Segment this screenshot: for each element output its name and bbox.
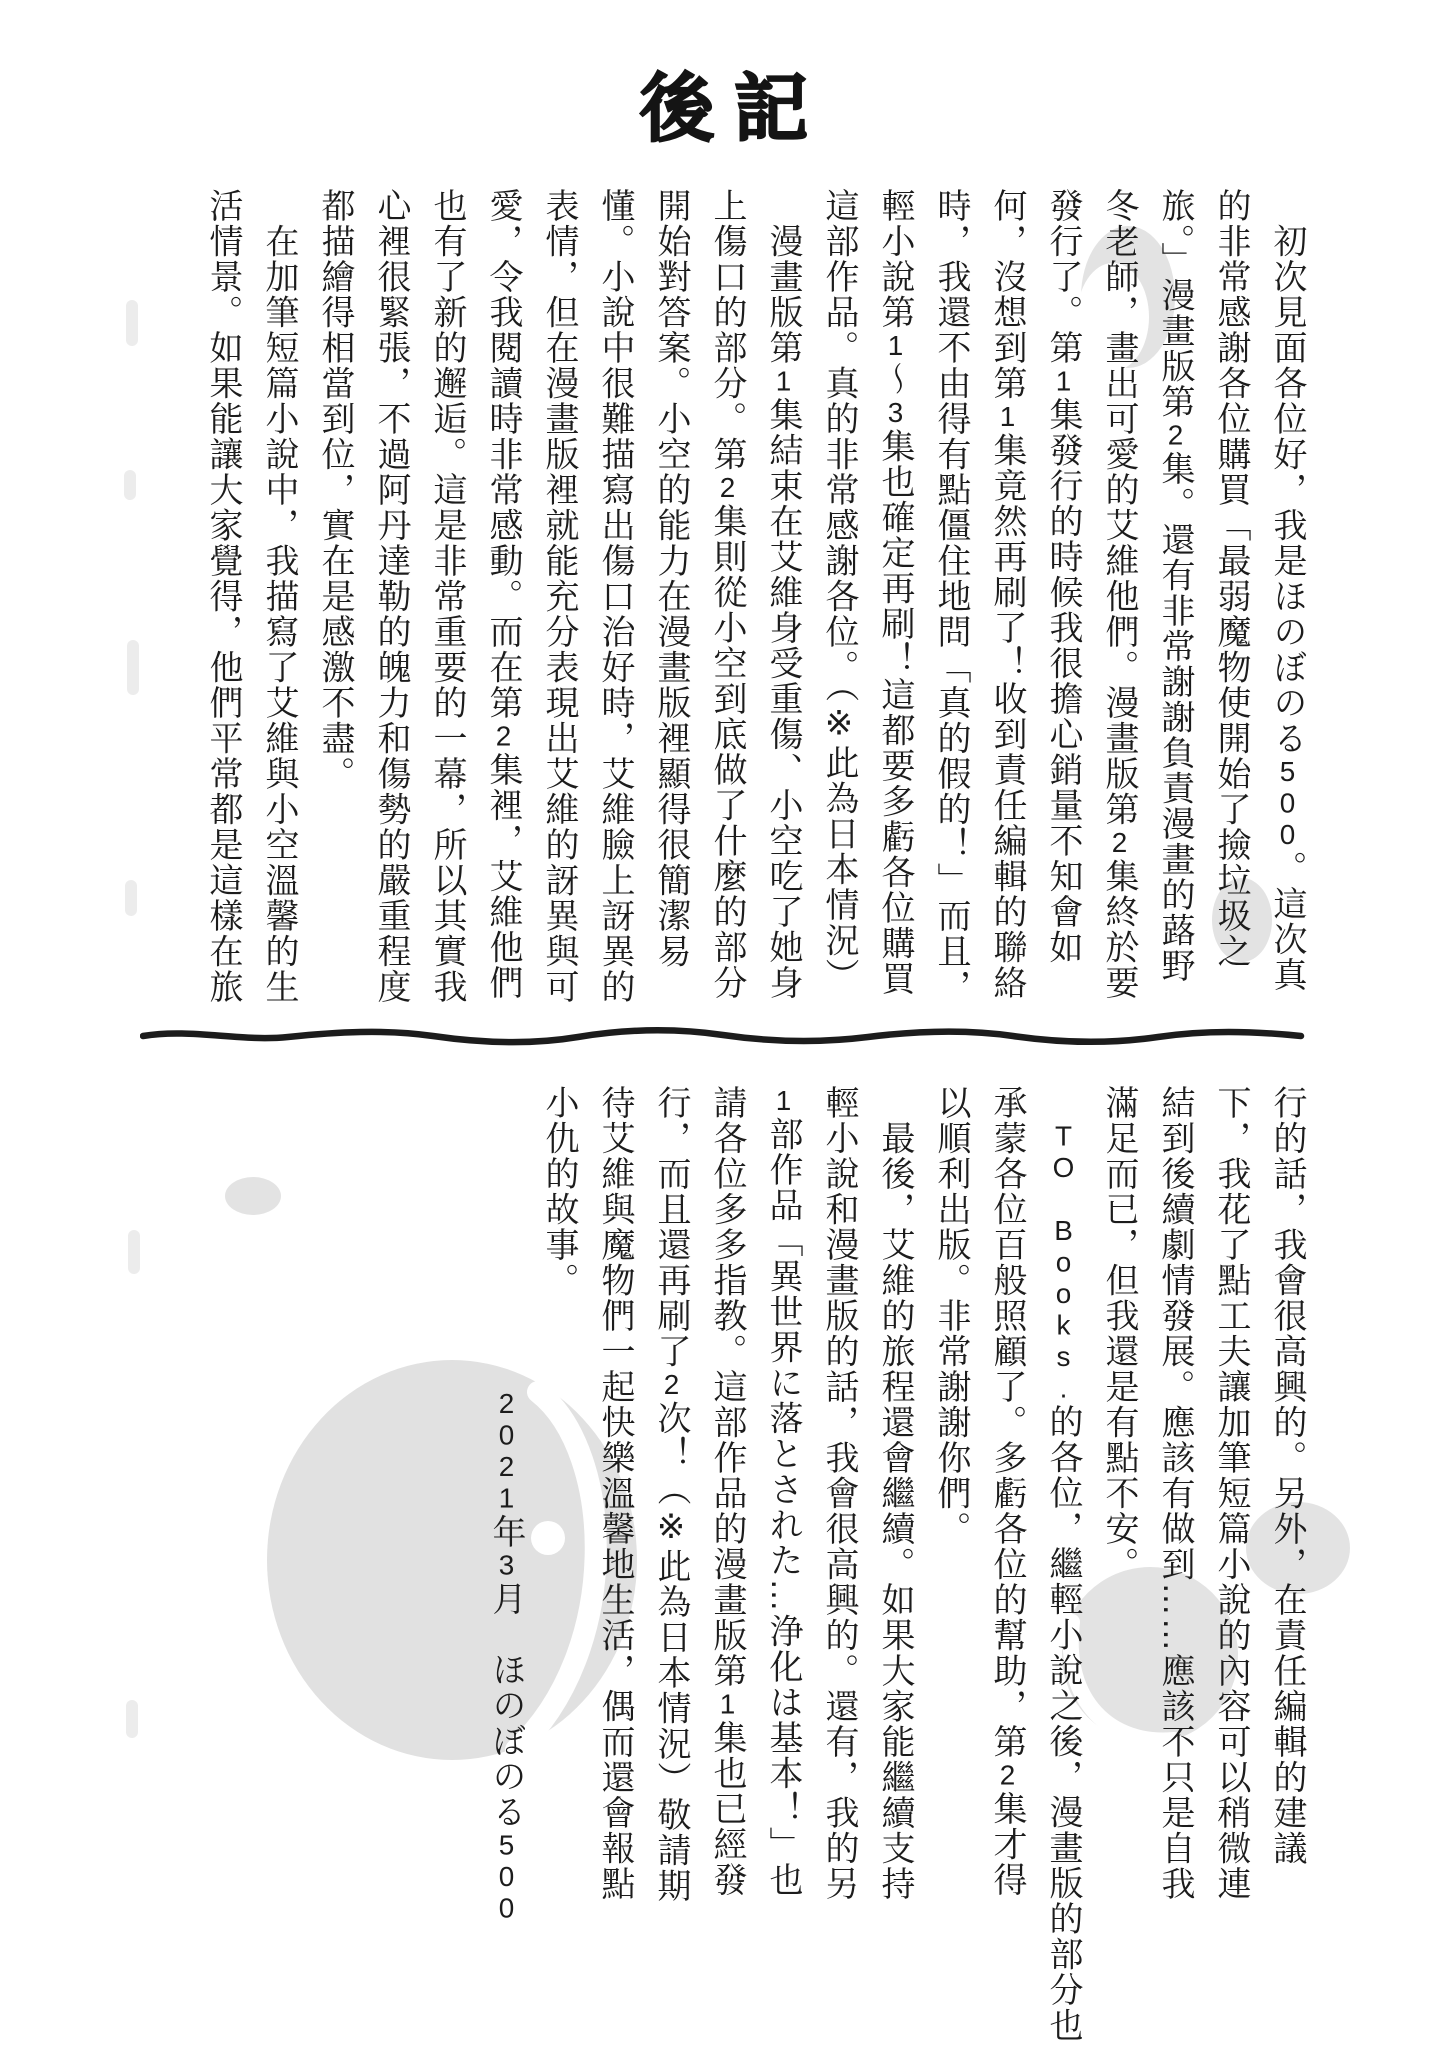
text-column: 1部作品「異世界に落とされた…浄化は基本！」也: [755, 1085, 811, 1915]
text-column: 行的話，我會很高興的。另外，在責任編輯的建議: [1259, 1085, 1315, 1915]
text-column: 最後，艾維的旅程還會繼續。如果大家能繼續支持: [867, 1085, 923, 1915]
text-column: 下，我花了點工夫讓加筆短篇小說的內容可以稍微連: [1203, 1085, 1259, 1915]
text-column: 漫畫版第1集結束在艾維身受重傷、小空吃了她身: [755, 188, 811, 1010]
text-column: 滿足而已，但我還是有點不安。: [1091, 1085, 1147, 1915]
page-bleed-mark: [127, 640, 139, 695]
text-column: TO Books.的各位，繼輕小說之後，漫畫版的部分也: [1035, 1085, 1091, 1915]
text-column: 的非常感謝各位購買「最弱魔物使開始了撿垃圾之: [1203, 188, 1259, 1010]
text-column: 待艾維與魔物們一起快樂溫馨地生活，偶而還會報點: [587, 1085, 643, 1915]
page-bleed-mark: [126, 1700, 138, 1738]
text-column: 小仇的故事。: [531, 1085, 587, 1915]
text-column: 以順利出版。非常謝謝你們。: [923, 1085, 979, 1915]
text-column: 也有了新的邂逅。這是非常重要的一幕，所以其實我: [419, 188, 475, 1010]
text-column: 懂。小說中很難描寫出傷口治好時，艾維臉上訝異的: [587, 188, 643, 1010]
text-column: 開始對答案。小空的能力在漫畫版裡顯得很簡潔易: [643, 188, 699, 1010]
page-bleed-mark: [125, 880, 137, 916]
text-column: 上傷口的部分。第2集則從小空到底做了什麼的部分: [699, 188, 755, 1010]
page-title: 後記: [640, 66, 828, 151]
section-divider: [140, 1014, 1320, 1058]
text-column: 都描繪得相當到位，實在是感激不盡。: [307, 188, 363, 1010]
bubble-small-left: [225, 1177, 281, 1215]
text-column: 何，沒想到第1集竟然再刷了！收到責任編輯的聯絡: [979, 188, 1035, 1010]
afterword-bottom-block: 行的話，我會很高興的。另外，在責任編輯的建議下，我花了點工夫讓加筆短篇小說的內容…: [531, 1085, 1315, 1915]
page-bleed-mark: [128, 1230, 140, 1274]
text-column: 發行了。第1集發行的時候我很擔心銷量不知會如: [1035, 188, 1091, 1010]
text-column: 活情景。如果能讓大家覺得，他們平常都是這樣在旅: [195, 188, 251, 1010]
text-column: 旅。」漫畫版第2集。還有非常謝謝負責漫畫的蕗野: [1147, 188, 1203, 1010]
page-bleed-mark: [124, 470, 136, 500]
text-column: 冬老師，畫出可愛的艾維他們。漫畫版第2集終於要: [1091, 188, 1147, 1010]
text-column: 心裡很緊張，不過阿丹達勒的魄力和傷勢的嚴重程度: [363, 188, 419, 1010]
text-column: 行，而且還再刷了2次！（※此為日本情況）敬請期: [643, 1085, 699, 1915]
text-column: 承蒙各位百般照顧了。多虧各位的幫助，第2集才得: [979, 1085, 1035, 1915]
afterword-page: 後記 初次見面各位好，我是ほのぼのる500。這次真的非常感謝各位購買「最弱魔物使…: [0, 0, 1440, 2048]
text-column: 表情，但在漫畫版裡就能充分表現出艾維的訝異與可: [531, 188, 587, 1010]
text-column: 時，我還不由得有點僵住地問「真的假的！」而且，: [923, 188, 979, 1010]
text-column: 這部作品。真的非常感謝各位。（※此為日本情況）: [811, 188, 867, 1010]
afterword-top-block: 初次見面各位好，我是ほのぼのる500。這次真的非常感謝各位購買「最弱魔物使開始了…: [195, 188, 1315, 1010]
text-column: 輕小說第1～3集也確定再刷！這都要多虧各位購買: [867, 188, 923, 1010]
text-column: 輕小說和漫畫版的話，我會很高興的。還有，我的另: [811, 1085, 867, 1915]
text-column: 愛，令我閱讀時非常感動。而在第2集裡，艾維他們: [475, 188, 531, 1010]
text-column: 初次見面各位好，我是ほのぼのる500。這次真: [1259, 188, 1315, 1010]
text-column: 結到後續劇情發展。應該有做到……應該不只是自我: [1147, 1085, 1203, 1915]
text-column: 請各位多多指教。這部作品的漫畫版第1集也已經發: [699, 1085, 755, 1915]
page-bleed-mark: [126, 300, 138, 346]
author-signature: 2021年3月 ほのぼのる500: [478, 1388, 534, 2028]
text-column: 在加筆短篇小說中，我描寫了艾維與小空溫馨的生: [251, 188, 307, 1010]
